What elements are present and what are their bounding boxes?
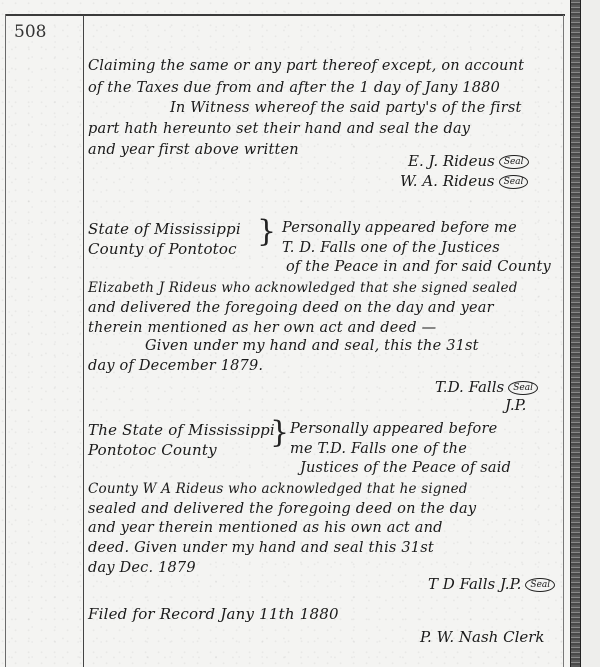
page-left-border <box>5 14 6 667</box>
text-line: Personally appeared before me <box>282 220 517 236</box>
signature-td-falls: T.D. FallsSeal <box>435 378 538 396</box>
text-line: therein mentioned as her own act and dee… <box>88 320 436 336</box>
venue-county: County of Pontotoc <box>88 240 237 258</box>
text-line: Justices of the Peace of said <box>300 460 511 476</box>
page-number: 508 <box>14 22 46 42</box>
signature-ej-rideus: E. J. RideusSeal <box>408 152 529 170</box>
seal-mark: Seal <box>508 381 538 395</box>
clerk-signature: P. W. Nash Clerk <box>420 628 545 646</box>
signature-td-falls-jp: T D Falls J.P.Seal <box>428 575 555 593</box>
brace-mark: } <box>270 415 289 450</box>
text-line: deed. Given under my hand and seal this … <box>88 540 434 556</box>
text-line: Given under my hand and seal, this the 3… <box>145 338 479 354</box>
text-line: day of December 1879. <box>88 358 263 374</box>
text-line: of the Taxes due from and after the 1 da… <box>88 80 500 96</box>
venue-state: The State of Mississippi <box>88 421 275 439</box>
signature-name: T D Falls J.P. <box>428 575 521 593</box>
text-line: and year therein mentioned as his own ac… <box>88 520 443 536</box>
text-line: Elizabeth J Rideus who acknowledged that… <box>88 280 518 296</box>
text-line: part hath hereunto set their hand and se… <box>88 121 470 137</box>
justice-title: J.P. <box>505 396 526 414</box>
brace-mark: } <box>257 214 276 249</box>
signature-wa-rideus: W. A. RideusSeal <box>400 172 528 190</box>
text-line: Claiming the same or any part thereof ex… <box>88 58 524 74</box>
venue-county: Pontotoc County <box>88 441 217 459</box>
text-line: and year first above written <box>88 142 299 158</box>
text-line: sealed and delivered the foregoing deed … <box>88 501 476 517</box>
page-top-border <box>5 14 565 16</box>
text-line: of the Peace in and for said County <box>286 259 551 275</box>
signature-name: E. J. Rideus <box>408 152 495 170</box>
signature-name: T.D. Falls <box>435 378 504 396</box>
seal-mark: Seal <box>499 175 529 189</box>
venue-state: State of Mississippi <box>88 220 241 238</box>
seal-mark: Seal <box>499 155 529 169</box>
book-binding <box>570 0 581 667</box>
filed-for-record: Filed for Record Jany 11th 1880 <box>88 605 339 623</box>
signature-name: W. A. Rideus <box>400 172 495 190</box>
text-line: and delivered the foregoing deed on the … <box>88 300 494 316</box>
right-rule <box>563 15 564 667</box>
text-line: Personally appeared before <box>290 421 497 437</box>
text-line: me T.D. Falls one of the <box>290 441 467 457</box>
text-line: day Dec. 1879 <box>88 560 196 576</box>
text-line: In Witness whereof the said party's of t… <box>170 100 522 116</box>
adjacent-page-edge <box>580 0 600 667</box>
text-line: County W A Rideus who acknowledged that … <box>88 481 468 497</box>
seal-mark: Seal <box>525 578 555 592</box>
margin-rule <box>83 15 84 667</box>
text-line: T. D. Falls one of the Justices <box>282 240 500 256</box>
